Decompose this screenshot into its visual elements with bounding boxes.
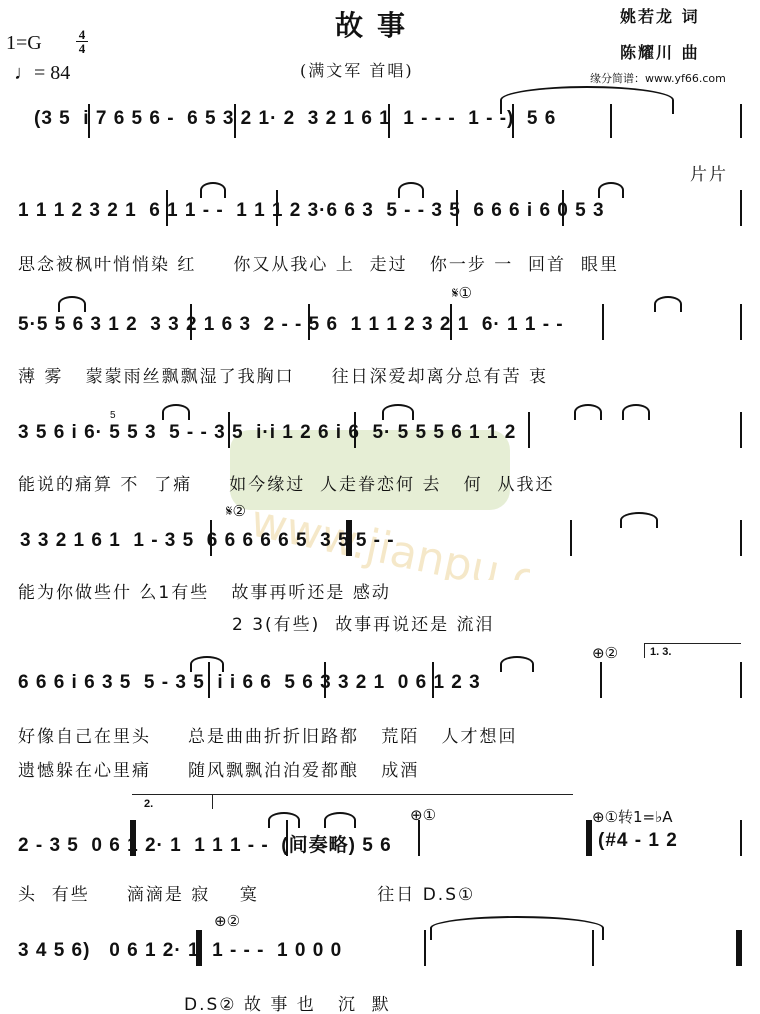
lyric-line: 能为你做些什 么1有些 故事再听还是 感动 [18, 578, 391, 603]
score-row-5: 3 3 2 1 6 1 1 - 3 5 6 6 6 6 6 5 3 5 5 - … [20, 530, 395, 552]
repeat-start [346, 520, 352, 556]
lyric-line: 片片 [690, 160, 728, 185]
quarter-note-icon: ♩ [14, 62, 34, 84]
barline [210, 520, 212, 556]
song-title: 故事 [335, 4, 419, 44]
score-row-7: 2 - 3 5 0 6 1 2· 1 1 1 1 - - (间奏略) 5 6 [18, 830, 392, 857]
composer-credit: 陈耀川 曲 [620, 40, 700, 63]
lyric-line: 薄 雾 蒙蒙雨丝飘飘湿了我胸口 往日深爱却离分总有苦 衷 [18, 362, 548, 387]
singer-credit: (满文军 首唱) [300, 58, 414, 81]
barline [418, 820, 420, 856]
volta-label: 1. 3. [650, 646, 671, 658]
barline [354, 412, 356, 448]
barline [432, 662, 434, 698]
lyric-line-alt: 遗憾躲在心里痛 随风飘飘泊泊爱都酿 成酒 [18, 756, 419, 781]
slur-arc [200, 182, 226, 198]
barline [450, 304, 452, 340]
slur-arc [654, 296, 682, 312]
score-row-2: 1 1 1 2 3 2 1 6 1 1 - - 1 1 1 2 3·6 6 3 … [18, 200, 605, 222]
slur-arc [162, 404, 190, 420]
slur-arc [268, 812, 300, 828]
barline [88, 104, 90, 138]
score-row-6: 6 6 6 i 6 3 5 5 - 3 5 i i 6 6 5 6 3 3 2 … [18, 672, 481, 694]
barline [190, 304, 192, 340]
lyric-line: 头 有些 滴滴是 寂 寞 往日 D.S① [18, 880, 475, 905]
volta-label: 2. [144, 798, 153, 810]
final-barline [736, 930, 742, 966]
slur-arc [500, 656, 534, 672]
slur-arc [58, 296, 86, 312]
barline [424, 930, 426, 966]
barline [276, 190, 278, 226]
barline [234, 104, 236, 138]
lyric-line: D.S② 故 事 也 沉 默 [184, 990, 391, 1014]
slur-arc [324, 812, 356, 828]
barline [740, 104, 742, 138]
lyricist-credit: 姚若龙 词 [620, 4, 700, 27]
coda-2-icon: ⊕② [214, 912, 240, 930]
barline [740, 412, 742, 448]
lyric-line: 思念被枫叶悄悄染 红 你又从我心 上 走过 你一步 一 回首 眼里 [18, 250, 619, 275]
repeat-end [130, 820, 136, 856]
tempo-value: = 84 [34, 62, 70, 84]
barline [456, 190, 458, 226]
time-signature-bottom: 4 [76, 42, 88, 55]
grace-note: 5 [110, 410, 116, 421]
slur-arc [398, 182, 424, 198]
score-row-1: (3 5 i 7 6 5 6 - 6 5 3 2 1· 2 3 2 1 6 1 … [34, 108, 556, 130]
slur-arc [622, 404, 650, 420]
coda-1-icon: ⊕① [410, 806, 436, 824]
tempo-marking: ♩= 84 [14, 62, 70, 85]
barline [166, 190, 168, 226]
coda-2-icon: ⊕② [592, 644, 618, 662]
time-signature: 4 4 [76, 28, 88, 55]
segno-2-icon: 𝄋② [226, 502, 246, 520]
barline [740, 820, 742, 856]
score-row-4: 3 5 6 i 6· 5 5 3 5 - - 3 5 i·i 1 2 6 i 6… [18, 422, 516, 444]
barline [324, 662, 326, 698]
barline [388, 104, 390, 138]
barline [528, 412, 530, 448]
modulation-marking: ⊕①转1=♭A [592, 806, 672, 827]
slur-arc [620, 512, 658, 528]
double-barline [196, 930, 202, 966]
slur-arc [382, 404, 414, 420]
barline [562, 190, 564, 226]
double-barline [586, 820, 592, 856]
tie-arc [500, 86, 674, 114]
barline [740, 304, 742, 340]
key-signature: 1=G [6, 32, 42, 55]
score-row-8: 3 4 5 6) 0 6 1 2· 1 1 - - - 1 0 0 0 [18, 940, 342, 962]
volta-bracket [212, 794, 573, 809]
barline [740, 190, 742, 226]
score-row-7-modulated: (#4 - 1 2 [598, 830, 678, 852]
lyric-line-alt: 2 3(有些) 故事再说还是 流泪 [232, 610, 495, 635]
segno-1-icon: 𝄋① [452, 284, 472, 302]
barline [600, 662, 602, 698]
barline [228, 412, 230, 448]
barline [740, 520, 742, 556]
slur-arc [190, 656, 224, 672]
source-site: 缘分简谱：www.yf66.com [590, 70, 726, 86]
barline [602, 304, 604, 340]
watermark-logo-icon: www.jianpu.cn [210, 420, 530, 580]
score-row-3: 5·5 5 6 3 1 2 3 3 2 1 6 3 2 - - 5 6 1 1 … [18, 314, 564, 336]
lyric-line: 好像自己在里头 总是曲曲折折旧路都 荒陌 人才想回 [18, 722, 517, 747]
time-signature-top: 4 [76, 28, 88, 41]
barline [740, 662, 742, 698]
slur-arc [574, 404, 602, 420]
lyric-line: 能说的痛算 不 了痛 如今缘过 人走眷恋何 去 何 从我还 [18, 470, 554, 495]
tie-arc [430, 916, 604, 940]
barline [308, 304, 310, 340]
barline [570, 520, 572, 556]
slur-arc [598, 182, 624, 198]
